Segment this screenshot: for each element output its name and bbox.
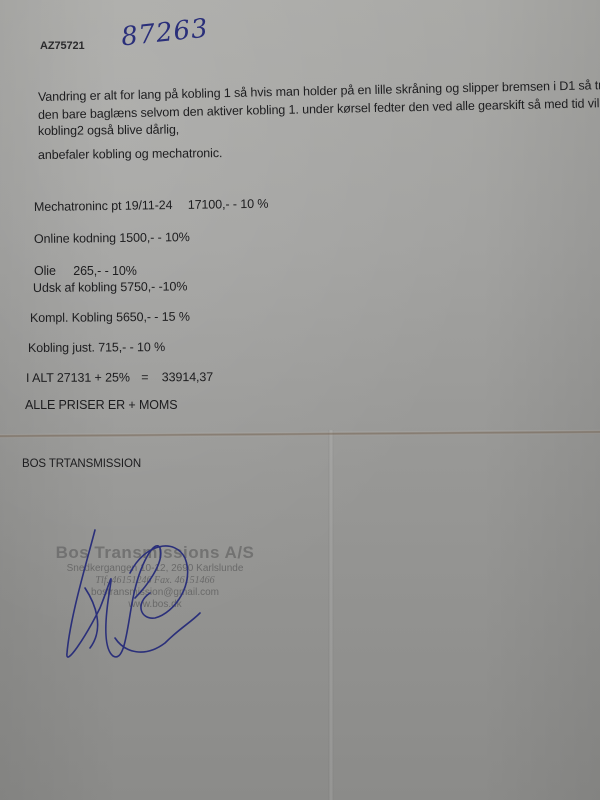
- line-item-label: Olie: [34, 264, 56, 278]
- description-line-3: kobling2 også blive dårlig,: [38, 123, 179, 138]
- line-item: Kobling just. 715,- - 10 %: [28, 340, 165, 355]
- recommendation-line: anbefaler kobling og mechatronic.: [38, 146, 222, 162]
- line-item: Udsk af kobling 5750,- -10%: [33, 279, 187, 295]
- total-line: I ALT 27131 + 25% = 33914,37: [26, 370, 213, 385]
- line-item-amount: 715,- - 10 %: [98, 340, 165, 354]
- handwritten-number: 87263: [120, 13, 210, 52]
- line-item-label: Kobling just.: [28, 341, 95, 355]
- line-item: Mechatroninc pt 19/11-24 17100,- - 10 %: [34, 197, 269, 214]
- line-item-label: Udsk af kobling: [33, 280, 117, 295]
- line-item-label: Online kodning: [34, 231, 116, 246]
- line-item: Olie 265,- - 10%: [34, 264, 137, 278]
- line-item-amount: 265,- - 10%: [73, 264, 137, 278]
- line-item-label: Mechatroninc pt 19/11-24: [34, 198, 173, 214]
- horizontal-fold-line: [0, 430, 600, 438]
- reference-number: AZ75721: [40, 40, 85, 52]
- line-item-amount: 5650,- - 15 %: [116, 310, 190, 325]
- line-item: Online kodning 1500,- - 10%: [34, 230, 190, 246]
- line-item-label: Kompl. Kobling: [30, 310, 113, 325]
- total-value: 33914,37: [162, 370, 213, 384]
- line-item-amount: 17100,- - 10 %: [188, 197, 269, 212]
- vat-note: ALLE PRISER ER + MOMS: [25, 398, 177, 412]
- line-item-amount: 5750,- -10%: [120, 279, 187, 294]
- total-equals: =: [141, 370, 148, 384]
- line-item-amount: 1500,- - 10%: [119, 230, 190, 245]
- line-item: Kompl. Kobling 5650,- - 15 %: [30, 310, 190, 325]
- company-name: BOS TRTANSMISSION: [22, 458, 141, 470]
- signature-icon: [55, 528, 225, 668]
- total-label: I ALT 27131 + 25%: [26, 370, 130, 385]
- vertical-fold-crease: [328, 430, 334, 800]
